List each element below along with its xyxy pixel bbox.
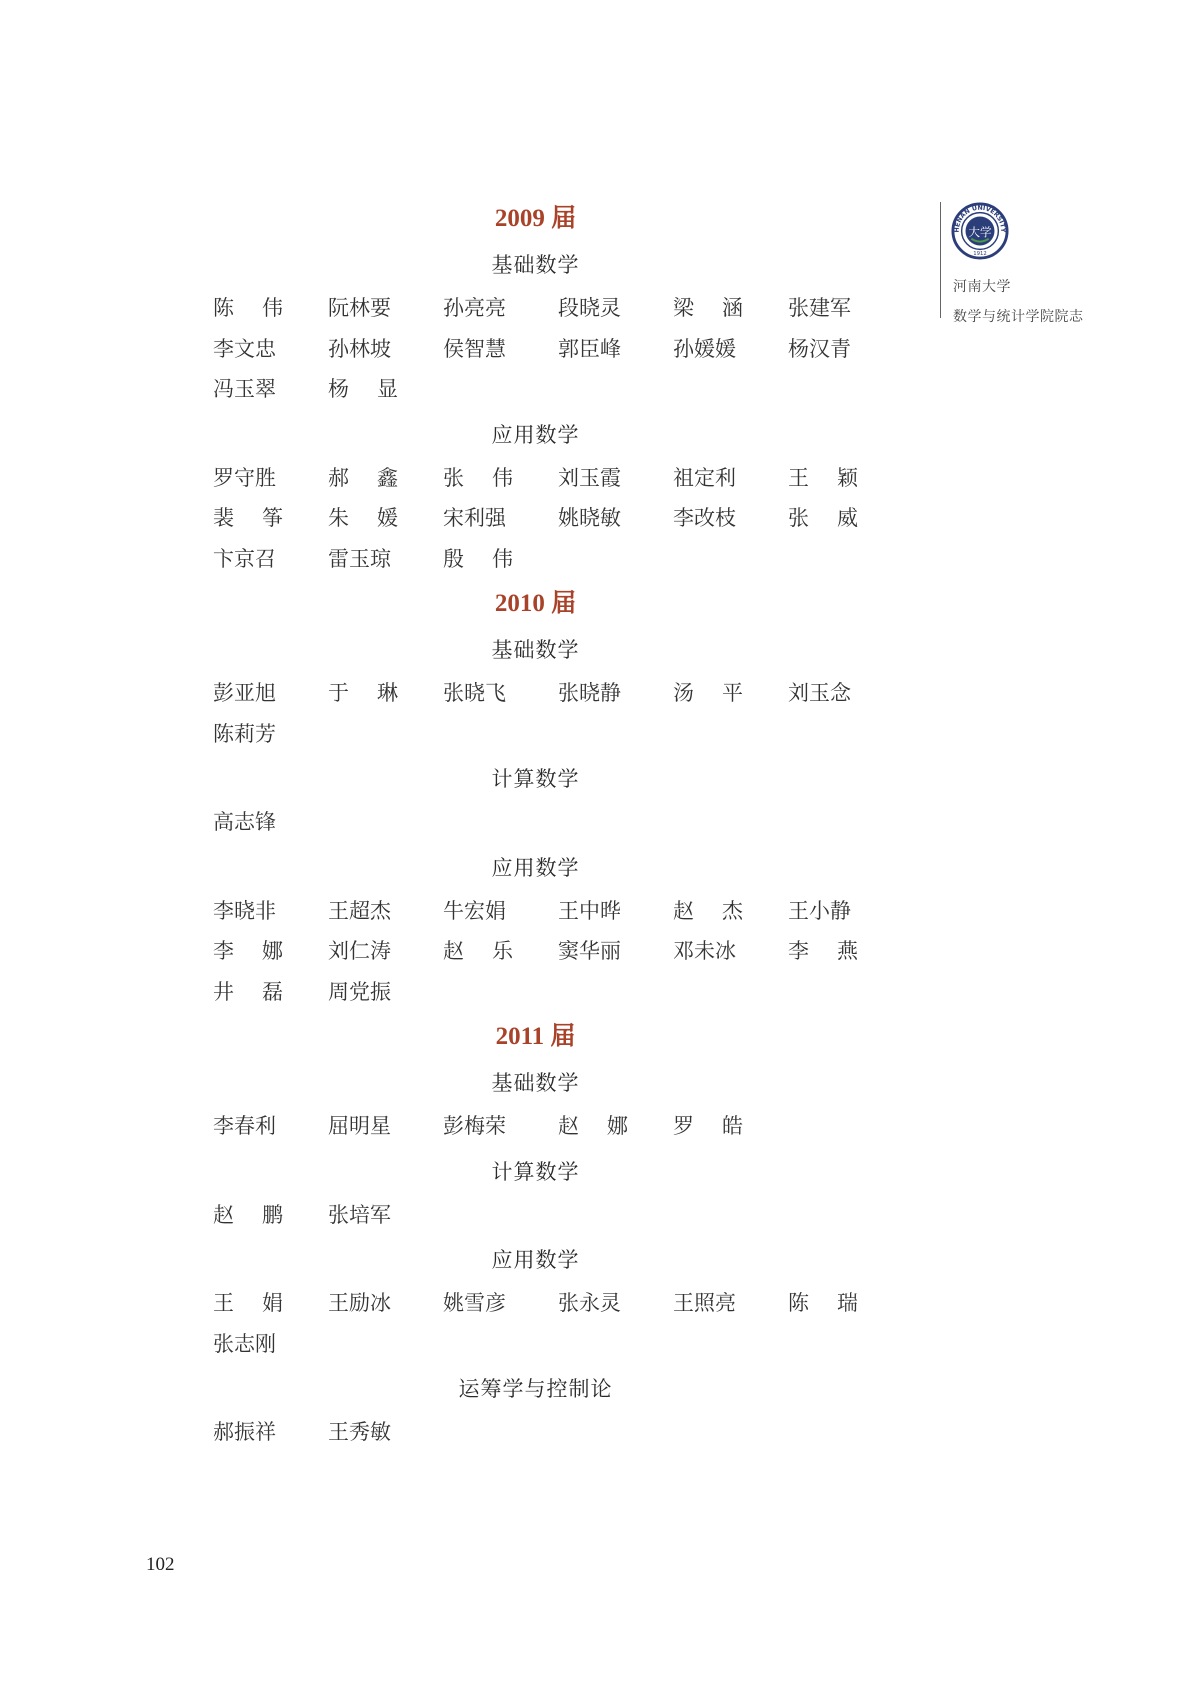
- side-header: 大学 HENAN UNIVERSITY 1912 河南大学 数学与统计学院院志: [940, 202, 1084, 318]
- name-grid: 李春利屈明星彭梅荣赵娜罗皓: [213, 1106, 858, 1147]
- graduate-name: 郝鑫: [328, 458, 398, 499]
- graduate-list: 2009 届基础数学陈伟阮林要孙亮亮段晓灵梁涵张建军李文忠孙林坡侯智慧郭臣峰孙媛…: [213, 196, 858, 1455]
- graduate-name: 井磊: [213, 972, 283, 1013]
- graduate-name: 王秀敏: [328, 1412, 398, 1453]
- graduate-name: 郝振祥: [213, 1412, 283, 1453]
- major-heading: 应用数学: [213, 1237, 858, 1283]
- name-grid: 彭亚旭于琳张晓飞张晓静汤平刘玉念陈莉芳: [213, 673, 858, 754]
- side-header-university: 河南大学: [953, 276, 1084, 296]
- major-heading: 基础数学: [213, 627, 858, 673]
- graduate-name: 杨汉青: [788, 329, 858, 370]
- university-seal-icon: 大学 HENAN UNIVERSITY 1912: [951, 202, 1009, 260]
- graduate-name: 张晓飞: [443, 673, 513, 714]
- graduate-name: 梁涵: [673, 288, 743, 329]
- graduate-name: 张晓静: [558, 673, 628, 714]
- graduate-name: 李晓非: [213, 891, 283, 932]
- graduate-name: 赵鹏: [213, 1195, 283, 1236]
- graduate-name: 阮林要: [328, 288, 398, 329]
- graduate-name: 彭亚旭: [213, 673, 283, 714]
- graduate-name: 赵乐: [443, 931, 513, 972]
- graduate-name: 刘玉念: [788, 673, 858, 714]
- cohort-year-heading: 2009 届: [213, 196, 858, 242]
- name-grid: 陈伟阮林要孙亮亮段晓灵梁涵张建军李文忠孙林坡侯智慧郭臣峰孙媛媛杨汉青冯玉翠杨显: [213, 288, 858, 410]
- graduate-name: 孙亮亮: [443, 288, 513, 329]
- graduate-name: 孙林坡: [328, 329, 398, 370]
- document-page: 大学 HENAN UNIVERSITY 1912 河南大学 数学与统计学院院志 …: [0, 0, 1190, 1684]
- side-header-college-history: 数学与统计学院院志: [953, 306, 1084, 326]
- major-heading: 应用数学: [213, 412, 858, 458]
- graduate-name: 陈莉芳: [213, 714, 283, 755]
- graduate-name: 卞京召: [213, 539, 283, 580]
- graduate-name: 王励冰: [328, 1283, 398, 1324]
- page-number: 102: [146, 1554, 175, 1576]
- graduate-name: 李燕: [788, 931, 858, 972]
- graduate-name: 李春利: [213, 1106, 283, 1147]
- graduate-name: 侯智慧: [443, 329, 513, 370]
- major-heading: 基础数学: [213, 1060, 858, 1106]
- major-heading: 基础数学: [213, 242, 858, 288]
- graduate-name: 李改枝: [673, 498, 743, 539]
- graduate-name: 雷玉琼: [328, 539, 398, 580]
- graduate-name: 祖定利: [673, 458, 743, 499]
- cohort-year-heading: 2011 届: [213, 1014, 858, 1060]
- graduate-name: 周党振: [328, 972, 398, 1013]
- graduate-name: 汤平: [673, 673, 743, 714]
- name-grid: 罗守胜郝鑫张伟刘玉霞祖定利王颖裴筝朱媛宋利强姚晓敏李改枝张威卞京召雷玉琼殷伟: [213, 458, 858, 580]
- graduate-name: 冯玉翠: [213, 369, 283, 410]
- graduate-name: 牛宏娟: [443, 891, 513, 932]
- graduate-name: 姚雪彦: [443, 1283, 513, 1324]
- graduate-name: 王中晔: [558, 891, 628, 932]
- major-heading: 运筹学与控制论: [213, 1366, 858, 1412]
- graduate-name: 赵娜: [558, 1106, 628, 1147]
- graduate-name: 张永灵: [558, 1283, 628, 1324]
- name-grid: 李晓非王超杰牛宏娟王中晔赵杰王小静李娜刘仁涛赵乐窦华丽邓未冰李燕井磊周党振: [213, 891, 858, 1013]
- graduate-name: 段晓灵: [558, 288, 628, 329]
- graduate-name: 邓未冰: [673, 931, 743, 972]
- graduate-name: 屈明星: [328, 1106, 398, 1147]
- graduate-name: 张志刚: [213, 1324, 283, 1365]
- major-heading: 计算数学: [213, 1149, 858, 1195]
- graduate-name: 王颖: [788, 458, 858, 499]
- graduate-name: 罗守胜: [213, 458, 283, 499]
- graduate-name: 高志锋: [213, 802, 283, 843]
- graduate-name: 杨显: [328, 369, 398, 410]
- graduate-name: 殷伟: [443, 539, 513, 580]
- major-heading: 应用数学: [213, 845, 858, 891]
- graduate-name: 张伟: [443, 458, 513, 499]
- graduate-name: 孙媛媛: [673, 329, 743, 370]
- svg-text:大学: 大学: [968, 225, 992, 239]
- graduate-name: 王照亮: [673, 1283, 743, 1324]
- graduate-name: 郭臣峰: [558, 329, 628, 370]
- graduate-name: 刘仁涛: [328, 931, 398, 972]
- graduate-name: 李娜: [213, 931, 283, 972]
- graduate-name: 彭梅荣: [443, 1106, 513, 1147]
- graduate-name: 张建军: [788, 288, 858, 329]
- graduate-name: 罗皓: [673, 1106, 743, 1147]
- graduate-name: 李文忠: [213, 329, 283, 370]
- graduate-name: 王小静: [788, 891, 858, 932]
- graduate-name: 陈瑞: [788, 1283, 858, 1324]
- graduate-name: 朱媛: [328, 498, 398, 539]
- name-grid: 王娟王励冰姚雪彦张永灵王照亮陈瑞张志刚: [213, 1283, 858, 1364]
- graduate-name: 张威: [788, 498, 858, 539]
- cohort-year-heading: 2010 届: [213, 581, 858, 627]
- name-grid: 赵鹏张培军: [213, 1195, 858, 1236]
- graduate-name: 张培军: [328, 1195, 398, 1236]
- graduate-name: 王超杰: [328, 891, 398, 932]
- graduate-name: 刘玉霞: [558, 458, 628, 499]
- major-heading: 计算数学: [213, 756, 858, 802]
- name-grid: 高志锋: [213, 802, 858, 843]
- graduate-name: 裴筝: [213, 498, 283, 539]
- graduate-name: 姚晓敏: [558, 498, 628, 539]
- graduate-name: 赵杰: [673, 891, 743, 932]
- graduate-name: 陈伟: [213, 288, 283, 329]
- graduate-name: 窦华丽: [558, 931, 628, 972]
- name-grid: 郝振祥王秀敏: [213, 1412, 858, 1453]
- graduate-name: 宋利强: [443, 498, 513, 539]
- svg-text:1912: 1912: [973, 251, 986, 257]
- graduate-name: 王娟: [213, 1283, 283, 1324]
- graduate-name: 于琳: [328, 673, 398, 714]
